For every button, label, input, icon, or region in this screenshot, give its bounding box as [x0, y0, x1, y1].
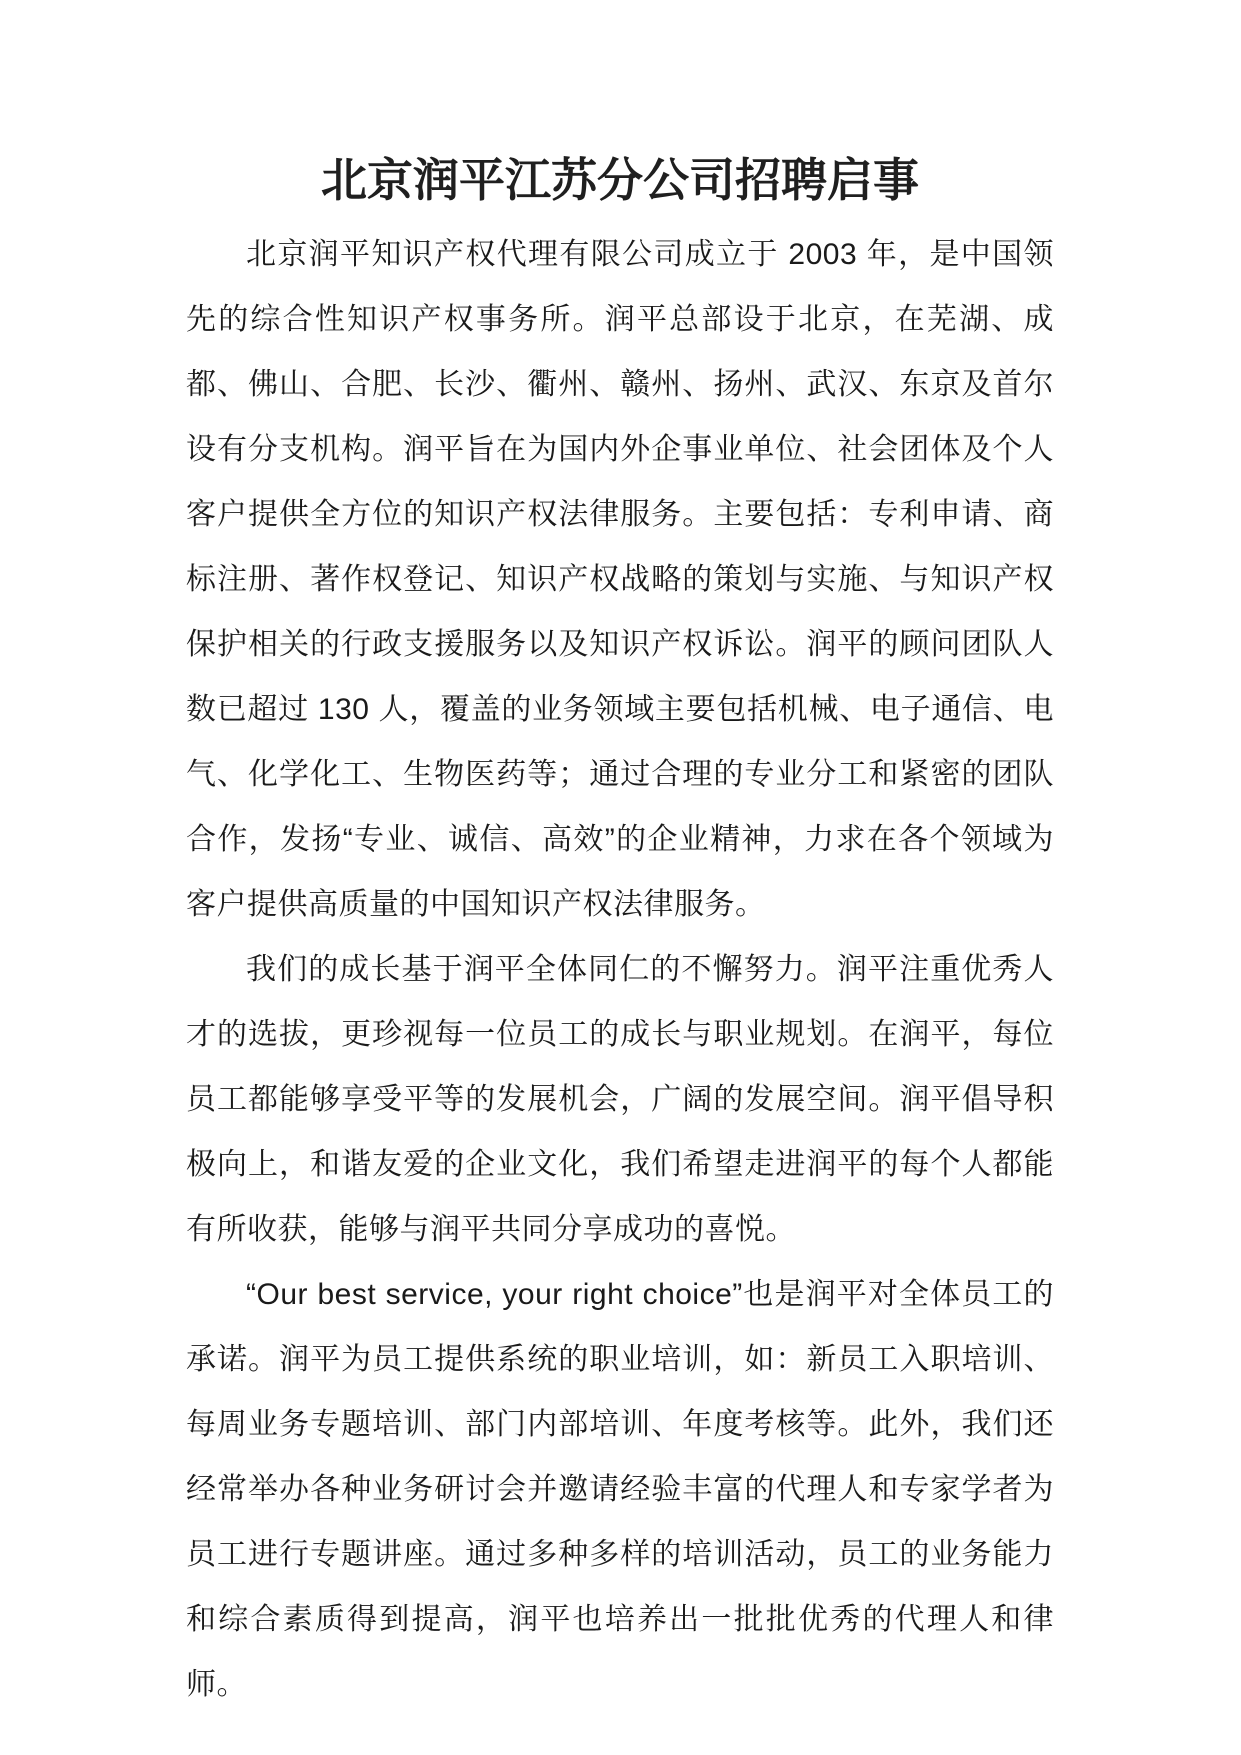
- paragraph-company-intro: 北京润平知识产权代理有限公司成立于 2003 年，是中国领先的综合性知识产权事务…: [186, 222, 1054, 937]
- document-title: 北京润平江苏分公司招聘启事: [186, 140, 1054, 222]
- document-page: 北京润平江苏分公司招聘启事 北京润平知识产权代理有限公司成立于 2003 年，是…: [0, 0, 1241, 1755]
- paragraph-training-promise: “Our best service, your right choice”也是润…: [186, 1262, 1054, 1717]
- document-body: 北京润平知识产权代理有限公司成立于 2003 年，是中国领先的综合性知识产权事务…: [186, 222, 1054, 1717]
- paragraph-growth-culture: 我们的成长基于润平全体同仁的不懈努力。润平注重优秀人才的选拔，更珍视每一位员工的…: [186, 937, 1054, 1262]
